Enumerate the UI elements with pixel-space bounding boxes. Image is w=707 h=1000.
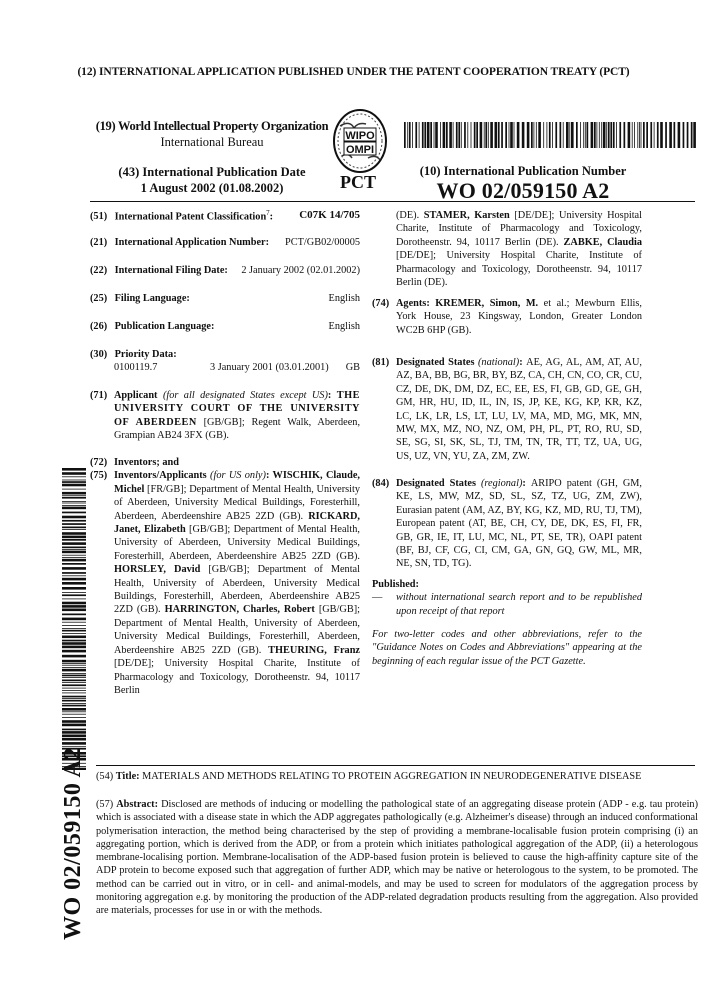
guidance-note: For two-letter codes and other abbreviat… <box>372 628 642 668</box>
inventor-name: HARRINGTON, Charles, Robert <box>165 604 315 615</box>
patent-title: (54) Title: MATERIALS AND METHODS RELATI… <box>96 771 696 782</box>
wipo-logo-icon: WIPO OMPI <box>332 108 388 174</box>
inventor-name: ZABKE, Claudia <box>564 237 642 248</box>
side-barcode-icon <box>62 468 86 770</box>
classification-value: C07K 14/705 <box>299 209 360 221</box>
national-states-list: AE, AG, AL, AM, AT, AU, AZ, BA, BB, BG, … <box>396 357 642 462</box>
inventor-name: THEURING, Franz <box>268 645 360 656</box>
field-filing-date: (22) International Filing Date: 2 Januar… <box>90 265 360 276</box>
priority-number: 0100119.7 <box>114 362 157 373</box>
regional-states-list: ARIPO patent (GH, GM, KE, LS, MW, MZ, SD… <box>396 478 642 569</box>
priority-date: 3 January 2001 (03.01.2001) <box>210 362 329 373</box>
publication-number: (10) International Publication Number WO… <box>418 164 628 203</box>
publication-date: (43) International Publication Date 1 Au… <box>112 164 312 196</box>
inventors-continued: (DE). STAMER, Karsten [DE/DE]; Universit… <box>372 209 642 289</box>
svg-text:WIPO: WIPO <box>345 130 375 142</box>
header-divider <box>90 201 695 202</box>
publication-date-label: (43) International Publication Date <box>112 164 312 180</box>
priority-country: GB <box>346 362 360 373</box>
application-number-value: PCT/GB02/00005 <box>285 237 360 248</box>
svg-text:OMPI: OMPI <box>346 144 374 156</box>
agent-name: KREMER, Simon, M. <box>435 298 538 309</box>
published-label: Published: <box>372 578 642 591</box>
organization-line: (19) World Intellectual Property Organiz… <box>92 118 332 134</box>
side-publication-number: WO 02/059150 A2 <box>28 752 68 942</box>
inventor-name: STAMER, Karsten <box>424 210 510 221</box>
field-filing-language: (25) Filing Language: English <box>90 293 360 304</box>
title-text: MATERIALS AND METHODS RELATING TO PROTEI… <box>142 771 641 782</box>
field-classification: (51) International Patent Classification… <box>90 209 360 222</box>
publication-language-value: English <box>329 321 360 332</box>
field-application-number: (21) International Application Number: P… <box>90 237 360 248</box>
pct-label: PCT <box>340 172 376 193</box>
priority-data: (30) Priority Data: 0100119.7 3 January … <box>90 349 360 379</box>
inventor-name: HORSLEY, David <box>114 564 200 575</box>
organization-name: (19) World Intellectual Property Organiz… <box>92 118 332 150</box>
treaty-heading: (12) INTERNATIONAL APPLICATION PUBLISHED… <box>0 66 707 78</box>
agents-block: (74) Agents: KREMER, Simon, M. et al.; M… <box>372 297 642 337</box>
publication-date-value: 1 August 2002 (01.08.2002) <box>112 180 312 196</box>
published-block: Published: — without international searc… <box>372 578 642 618</box>
designated-states-national: (81) Designated States (national): AE, A… <box>372 356 642 463</box>
bureau-line: International Bureau <box>92 134 332 150</box>
barcode-icon <box>404 122 696 148</box>
title-divider <box>96 765 695 766</box>
filing-date-value: 2 January 2002 (02.01.2002) <box>241 265 360 276</box>
designated-states-regional: (84) Designated States (regional): ARIPO… <box>372 477 642 571</box>
publication-number-label: (10) International Publication Number <box>418 164 628 179</box>
abstract: (57) Abstract: Disclosed are methods of … <box>96 798 698 918</box>
filing-language-value: English <box>329 293 360 304</box>
publication-number-value: WO 02/059150 A2 <box>418 179 628 203</box>
inventors-block: (72) Inventors; and (75) Inventors/Appli… <box>90 456 360 697</box>
published-status: without international search report and … <box>372 591 642 618</box>
abstract-text: Disclosed are methods of inducing or mod… <box>96 799 698 916</box>
applicant-block: (71) Applicant (for all designated State… <box>90 389 360 443</box>
field-publication-language: (26) Publication Language: English <box>90 321 360 332</box>
